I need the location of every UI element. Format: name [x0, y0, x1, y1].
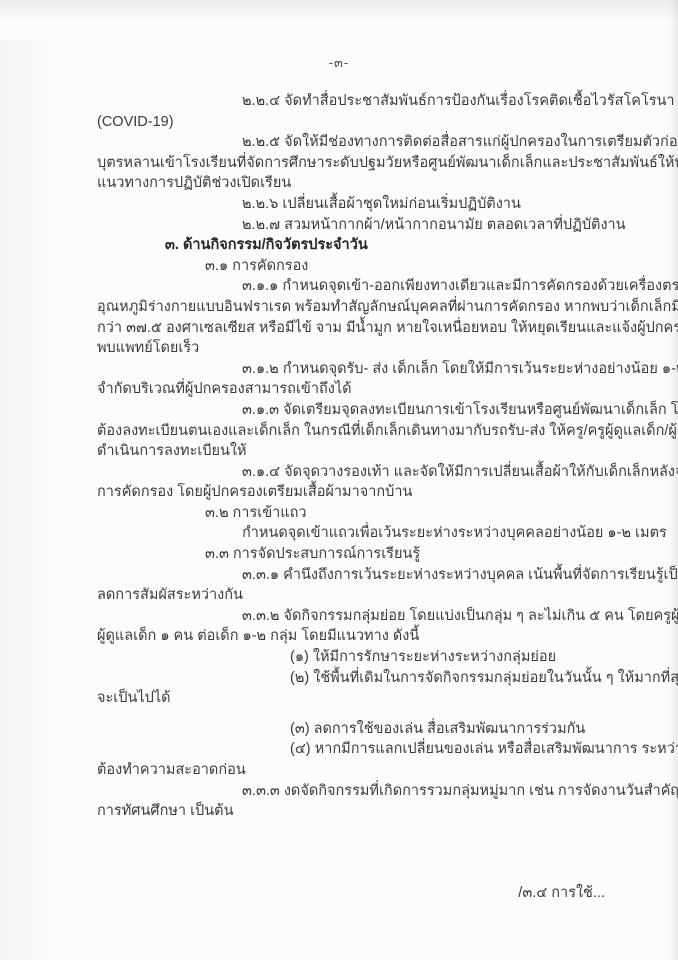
text-line: แนวทางการปฏิบัติช่วงเปิดเรียน — [97, 173, 645, 194]
text-line: บุตรหลานเข้าโรงเรียนที่จัดการศึกษาระดับป… — [97, 153, 645, 174]
text-line: อุณหภูมิร่างกายแบบอินฟราเรด พร้อมทำสัญลั… — [97, 297, 645, 318]
text-line: ๓.๓.๓ งดจัดกิจกรรมที่เกิดการรวมกลุ่มหมู่… — [97, 781, 645, 802]
text-line: กว่า ๓๗.๕ องศาเซลเซียส หรือมีไข้ จาม มีน… — [97, 318, 645, 339]
text-line: ๒.๒.๖ เปลี่ยนเสื้อผ้าชุดใหม่ก่อนเริ่มปฏิ… — [97, 194, 645, 215]
page-number: -๓- — [0, 52, 678, 73]
text-line: ๓.๒ การเข้าแถว — [97, 503, 645, 524]
text-line: ๓.๓.๒ จัดกิจกรรมกลุ่มย่อย โดยแบ่งเป็นกลุ… — [97, 606, 645, 627]
scan-shade-left — [0, 40, 55, 960]
text-line: การคัดกรอง โดยผู้ปกครองเตรียมเสื้อผ้ามาจ… — [97, 482, 645, 503]
text-line: ๒.๒.๕ จัดให้มีช่องทางการติดต่อสื่อสารแก่… — [97, 132, 645, 153]
text-line: ๓.๓.๑ คำนึงถึงการเว้นระยะห่างระหว่างบุคค… — [97, 565, 645, 586]
text-line: ผู้ดูแลเด็ก ๑ คน ต่อเด็ก ๑-๒ กลุ่ม โดยมี… — [97, 626, 645, 647]
scan-shade-top — [0, 0, 678, 22]
text-line: ต้องลงทะเบียนตนเองและเด็กเล็ก ในกรณีที่เ… — [97, 421, 645, 442]
text-line: (๓) ลดการใช้ของเล่น สื่อเสริมพัฒนาการร่ว… — [97, 719, 645, 740]
text-line: จำกัดบริเวณที่ผู้ปกครองสามารถเข้าถึงได้ — [97, 379, 645, 400]
text-line: ๓.๑.๔ จัดจุดวางรองเท้า และจัดให้มีการเปล… — [97, 462, 645, 483]
text-line: (COVID-19) — [97, 112, 645, 133]
text-line: ต้องทำความสะอาดก่อน — [97, 760, 645, 781]
text-line: ๓.๑.๓ จัดเตรียมจุดลงทะเบียนการเข้าโรงเรี… — [97, 400, 645, 421]
document-body: ๒.๒.๔ จัดทำสื่อประชาสัมพันธ์การป้องกันเร… — [97, 91, 645, 822]
text-line: ๓.๑ การคัดกรอง — [97, 256, 645, 277]
text-line: ๓.๑.๑ กำหนดจุดเข้า-ออกเพียงทางเดียวและมี… — [97, 276, 645, 297]
scanned-document-page: -๓- ๒.๒.๔ จัดทำสื่อประชาสัมพันธ์การป้องก… — [0, 0, 678, 960]
text-line: ดำเนินการลงทะเบียนให้ — [97, 441, 645, 462]
text-line: ๓.๑.๒ กำหนดจุดรับ- ส่ง เด็กเล็ก โดยให้มี… — [97, 359, 645, 380]
text-line: (๒) ใช้พื้นที่เดิมในการจัดกิจกรรมกลุ่มย่… — [97, 668, 645, 689]
text-line: ๓.๓ การจัดประสบการณ์การเรียนรู้ — [97, 544, 645, 565]
text-line: พบแพทย์โดยเร็ว — [97, 338, 645, 359]
text-line: การทัศนศึกษา เป็นต้น — [97, 801, 645, 822]
text-line: (๔) หากมีการแลกเปลี่ยนของเล่น หรือสื่อเส… — [97, 739, 645, 760]
text-line: ลดการสัมผัสระหว่างกัน — [97, 585, 645, 606]
text-line: (๑) ให้มีการรักษาระยะห่างระหว่างกลุ่มย่อ… — [97, 647, 645, 668]
text-line: กำหนดจุดเข้าแถวเพื่อเว้นระยะห่างระหว่างบ… — [97, 523, 645, 544]
continuation-marker: /๓.๔ การใช้... — [518, 881, 605, 904]
text-line: ๒.๒.๗ สวมหน้ากากผ้า/หน้ากากอนามัย ตลอดเว… — [97, 215, 645, 236]
text-line: จะเป็นไปได้ — [97, 688, 645, 709]
text-line: ๓. ด้านกิจกรรม/กิจวัตรประจำวัน — [97, 235, 645, 256]
text-line: ๒.๒.๔ จัดทำสื่อประชาสัมพันธ์การป้องกันเร… — [97, 91, 645, 112]
